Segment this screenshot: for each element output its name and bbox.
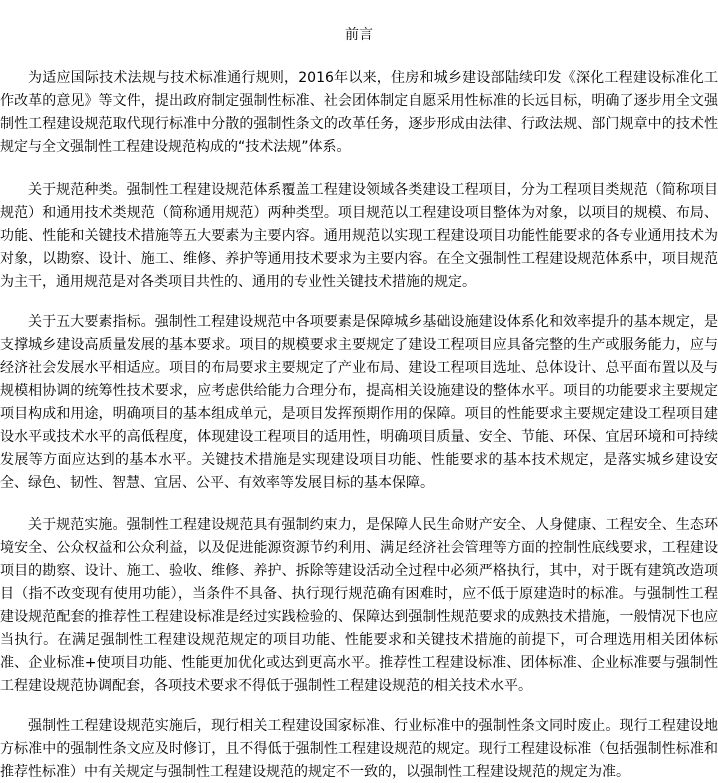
- text-line: 目（指不改变现有使用功能），当条件不具备、执行现行规范确有困难时，应不低于原建造…: [0, 583, 718, 606]
- paragraph-implementation: 关于规范实施。强制性工程建设规范具有强制约束力，是保障人民生命财产安全、人身健康…: [0, 514, 718, 698]
- text-line: 方标准中的强制性条文应及时修订，且不得低于强制性工程建设规范的规定。现行工程建设…: [0, 738, 718, 761]
- paragraph-background: 为适应国际技术法规与技术标准通行规则，2016年以来，住房和城乡建设部陆续印发《…: [0, 67, 718, 159]
- text-line: 为主干，通用规范是对各类项目共性的、通用的专业性关键技术措施的规定。: [0, 271, 718, 294]
- text-line: 经济社会发展水平相适应。项目的布局要求主要规定了产业布局、建设工程项目选址、总体…: [0, 357, 718, 380]
- text-line: 功能、性能和关键技术措施等五大要素为主要内容。通用规范以实现工程建设项目功能性能…: [0, 225, 718, 248]
- text-line: 准、企业标准+使项目功能、性能更加优化或达到更高水平。推荐性工程建设标准、团体标…: [0, 652, 718, 675]
- page-title: 前言: [0, 26, 718, 44]
- text-line: 关于五大要素指标。强制性工程建设规范中各项要素是保障城乡基础设施建设体系化和效率…: [0, 311, 718, 334]
- text-line: 作改革的意见》等文件，提出政府制定强制性标准、社会团体制定自愿采用性标准的长远目…: [0, 90, 718, 113]
- text-line: 为适应国际技术法规与技术标准通行规则，2016年以来，住房和城乡建设部陆续印发《…: [0, 67, 718, 90]
- text-line: 设水平或技术水平的高低程度，体现建设工程项目的适用性，明确项目质量、安全、节能、…: [0, 426, 718, 449]
- paragraph-five-elements: 关于五大要素指标。强制性工程建设规范中各项要素是保障城乡基础设施建设体系化和效率…: [0, 311, 718, 495]
- text-line: 项目构成和用途，明确项目的基本组成单元，是项目发挥预期作用的保障。项目的性能要求…: [0, 403, 718, 426]
- text-line: 境安全、公众权益和公众利益，以及促进能源资源节约利用、满足经济社会管理等方面的控…: [0, 537, 718, 560]
- text-line: 关于规范种类。强制性工程建设规范体系覆盖工程建设领域各类建设工程项目，分为工程项…: [0, 179, 718, 202]
- text-line: 支撑城乡建设高质量发展的基本要求。项目的规模要求主要规定了建设工程项目应具备完整…: [0, 334, 718, 357]
- text-line: 全、绿色、韧性、智慧、宜居、公平、有效率等发展目标的基本保障。: [0, 472, 718, 495]
- text-line: 项目的勘察、设计、施工、验收、维修、养护、拆除等建设活动全过程中必须严格执行，其…: [0, 560, 718, 583]
- text-line: 当执行。在满足强制性工程建设规范规定的项目功能、性能要求和关键技术措施的前提下，…: [0, 629, 718, 652]
- text-line: 推荐性标准）中有关规定与强制性工程建设规范的规定不一致的，以强制性工程建设规范的…: [0, 761, 718, 783]
- text-line: 规范）和通用技术类规范（简称通用规范）两种类型。项目规范以工程建设项目整体为对象…: [0, 202, 718, 225]
- text-line: 规定与全文强制性工程建设规范构成的“技术法规”体系。: [0, 136, 718, 159]
- text-line: 建设规范配套的推荐性工程建设标准是经过实践检验的、保障达到强制性规范要求的成熟技…: [0, 606, 718, 629]
- text-line: 规模相协调的统筹性技术要求，应考虑供给能力合理分布，提高相关设施建设的整体水平。…: [0, 380, 718, 403]
- paragraph-spec-types: 关于规范种类。强制性工程建设规范体系覆盖工程建设领域各类建设工程项目，分为工程项…: [0, 179, 718, 294]
- text-line: 制性工程建设规范取代现行标准中分散的强制性条文的改革任务，逐步形成由法律、行政法…: [0, 113, 718, 136]
- text-line: 工程建设规范协调配套，各项技术要求不得低于强制性工程建设规范的相关技术水平。: [0, 675, 718, 698]
- text-line: 对象，以勘察、设计、施工、维修、养护等通用技术要求为主要内容。在全文强制性工程建…: [0, 248, 718, 271]
- text-line: 发展等方面应达到的基本水平。关键技术措施是实现建设项目功能、性能要求的基本技术规…: [0, 449, 718, 472]
- paragraph-repeal: 强制性工程建设规范实施后，现行相关工程建设国家标准、行业标准中的强制性条文同时废…: [0, 715, 718, 783]
- text-line: 强制性工程建设规范实施后，现行相关工程建设国家标准、行业标准中的强制性条文同时废…: [0, 715, 718, 738]
- text-line: 关于规范实施。强制性工程建设规范具有强制约束力，是保障人民生命财产安全、人身健康…: [0, 514, 718, 537]
